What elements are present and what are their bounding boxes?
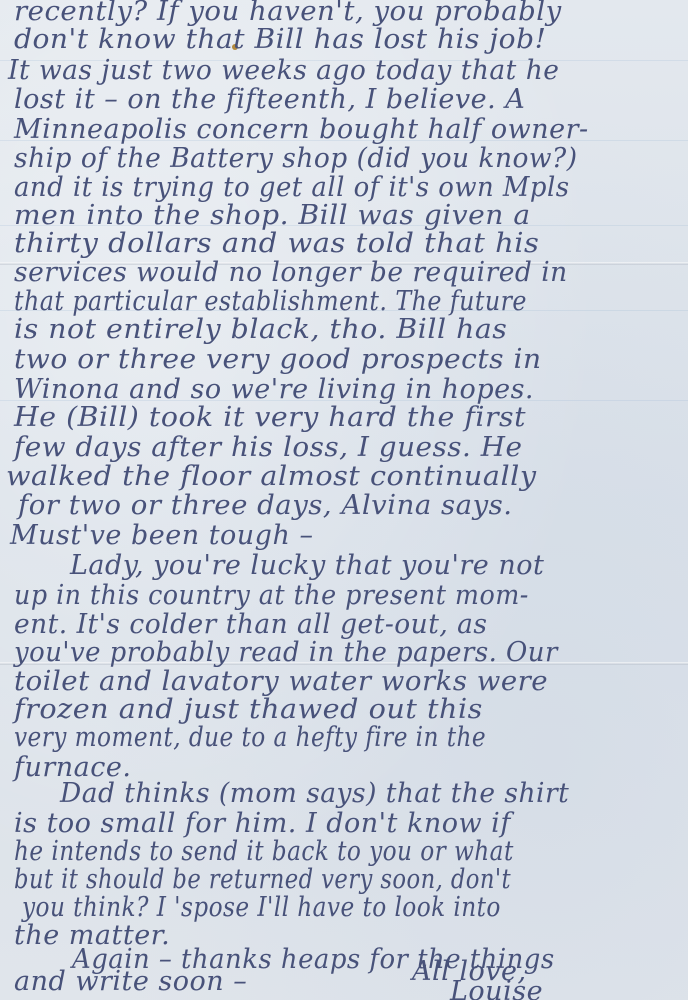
letter-line: he intends to send it back to you or wha… [14, 836, 514, 867]
letter-line: frozen and just thawed out this [14, 694, 483, 725]
letter-line: you think? I 'spose I'll have to look in… [22, 892, 501, 923]
letter-line: Must've been tough – [10, 520, 313, 551]
letter-line: Winona and so we're living in hopes. [14, 374, 534, 405]
letter-line: very moment, due to a hefty fire in the [14, 722, 486, 753]
letter-line: don't know that Bill has lost his job! [14, 24, 546, 55]
letter-signature: Louise [450, 976, 543, 1000]
letter-line: but it should be returned very soon, don… [14, 864, 511, 895]
letter-line: lost it – on the fifteenth, I believe. A [14, 84, 525, 115]
letter-line: walked the floor almost continually [6, 461, 537, 492]
letter-line: you've probably read in the papers. Our [14, 637, 558, 668]
letter-line: ship of the Battery shop (did you know?) [14, 143, 578, 174]
letter-page: recently? If you haven't, you probably d… [0, 0, 688, 1000]
letter-line: men into the shop. Bill was given a [14, 200, 531, 231]
letter-line: for two or three days, Alvina says. [18, 490, 513, 521]
letter-line: Lady, you're lucky that you're not [70, 550, 544, 581]
letter-line: is not entirely black, tho. Bill has [14, 314, 507, 345]
letter-line: two or three very good prospects in [14, 344, 542, 375]
letter-line: up in this country at the present mom- [14, 580, 529, 611]
letter-line: toilet and lavatory water works were [14, 666, 548, 697]
letter-line: It was just two weeks ago today that he [8, 55, 559, 86]
letter-line: Minneapolis concern bought half owner- [14, 114, 589, 145]
letter-line: few days after his loss, I guess. He [14, 432, 522, 463]
letter-line: is too small for him. I don't know if [14, 808, 511, 839]
letter-line: thirty dollars and was told that his [14, 228, 539, 259]
letter-line: that particular establishment. The futur… [14, 286, 527, 317]
letter-line: He (Bill) took it very hard the first [14, 402, 526, 433]
letter-line: services would no longer be required in [14, 257, 568, 288]
letter-line: Dad thinks (mom says) that the shirt [60, 778, 569, 809]
letter-line: and write soon – [14, 966, 247, 997]
letter-line: and it is trying to get all of it's own … [14, 172, 570, 203]
letter-line: ent. It's colder than all get-out, as [14, 609, 487, 640]
letter-line: recently? If you haven't, you probably [14, 0, 562, 27]
